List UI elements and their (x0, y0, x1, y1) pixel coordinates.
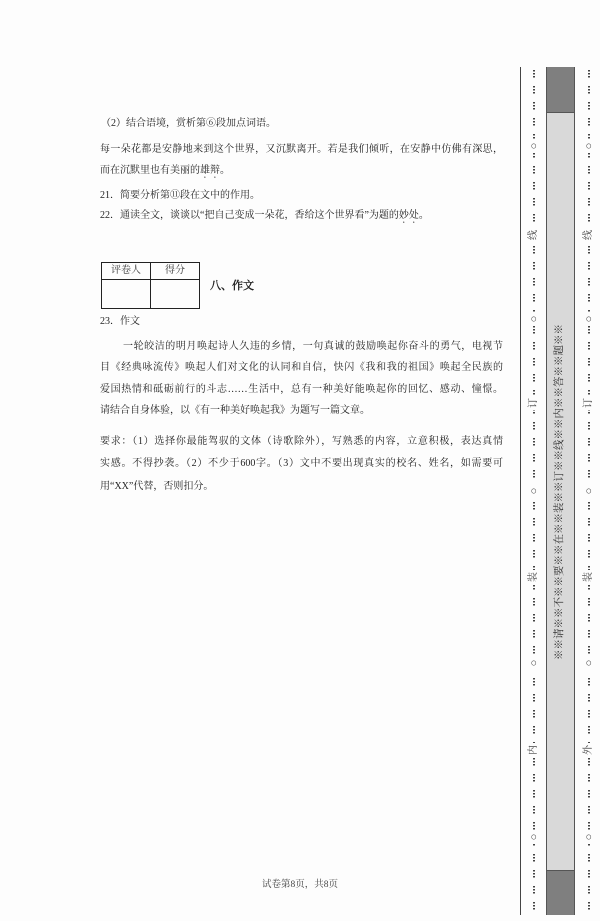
score-table: 评卷人 得分 (101, 262, 200, 309)
circle-icon: ○ (527, 656, 541, 670)
inner-label-staple: 订 (527, 396, 541, 410)
binding-border-line (520, 67, 521, 915)
inner-label-line: 线 (527, 228, 541, 242)
essay-requirement-line-1: 要求：（1）选择你最能驾驭的文体（诗歌除外），写熟悉的内容，立意积极，表达真情 (100, 435, 503, 449)
score-table-header-row: 评卷人 得分 (102, 263, 200, 280)
emphasized-word: 妙处 (399, 210, 419, 221)
essay-prompt-line-1: 一轮皎洁的明月唤起诗人久违的乡情，一句真诚的鼓励唤起你奋斗的勇气，电视节 (123, 340, 503, 354)
grader-cell (102, 280, 151, 309)
score-header: 得分 (151, 263, 200, 280)
quoted-passage-line-1: 每一朵花都是安静地来到这个世界，又沉默离开。若是我们倾听，在安静中仿佛有深思， (100, 143, 503, 157)
grader-header: 评卷人 (102, 263, 151, 280)
essay-prompt-line-4: 请结合自身体验，以《有一种美好唤起我》为题写一篇文章。 (100, 404, 503, 418)
question-22: 22．通读全文，谈谈以“把自己变成一朵花，香给这个世界看”为题的妙处。 (100, 209, 503, 223)
question-23-title: 23．作文 (100, 315, 503, 329)
binding-strip-dark-top (547, 67, 574, 113)
outer-label-line: 线 (582, 228, 596, 242)
circle-icon: ○ (527, 484, 541, 498)
essay-requirement-line-3: 用“XX”代替，否则扣分。 (100, 480, 503, 494)
circle-icon: ○ (582, 830, 596, 844)
outer-label-staple: 订 (582, 396, 596, 410)
circle-icon: ○ (527, 830, 541, 844)
essay-prompt-line-3: 爱国热情和砥砺前行的斗志……生活中，总有一种美好能唤起你的回忆、感动、憧憬。 (100, 383, 503, 397)
circle-icon: ○ (582, 656, 596, 670)
circle-icon: ○ (527, 139, 541, 153)
question-21: 21．简要分析第⑪段在文中的作用。 (100, 189, 503, 203)
essay-requirement-line-2: 实感。不得抄袭。（2）不少于600字。（3）文中不要出现真实的校名、姓名，如需要… (100, 457, 503, 471)
score-cell (151, 280, 200, 309)
section-title: 八、作文 (210, 279, 254, 293)
question-22-text: 22．通读全文，谈谈以“把自己变成一朵花，香给这个世界看”为题的 (100, 210, 399, 221)
quoted-passage-line-2: 而在沉默里也有美丽的雄辩。 (100, 164, 503, 178)
outer-label-bind: 装 (582, 570, 596, 584)
inner-label-bind: 装 (527, 570, 541, 584)
score-table-value-row (102, 280, 200, 309)
quoted-passage-text: 而在沉默里也有美丽的 (100, 165, 200, 176)
inner-label-inside: 内 (527, 743, 541, 757)
question-22-punctuation: 。 (419, 210, 429, 221)
emphasized-word: 雄辩 (200, 165, 220, 176)
page-footer: 试卷第8页，共8页 (0, 878, 600, 892)
circle-icon: ○ (582, 484, 596, 498)
quoted-passage-punctuation: 。 (220, 165, 230, 176)
circle-icon: ○ (527, 312, 541, 326)
binding-warning-text: ※※请※※不※※要※※在※※装※※订※※线※※内※※答※※题※※ (554, 324, 566, 660)
circle-icon: ○ (582, 139, 596, 153)
circle-icon: ○ (582, 312, 596, 326)
question-20-part-2-prompt: （2）结合语境，赏析第⑥段加点词语。 (101, 117, 504, 131)
essay-prompt-line-2: 目《经典咏流传》唤起人们对文化的认同和自信，快闪《我和我的祖国》唤起全民族的 (100, 361, 503, 375)
binding-strip-dark-bottom (547, 870, 574, 915)
outer-label-outside: 外 (582, 743, 596, 757)
